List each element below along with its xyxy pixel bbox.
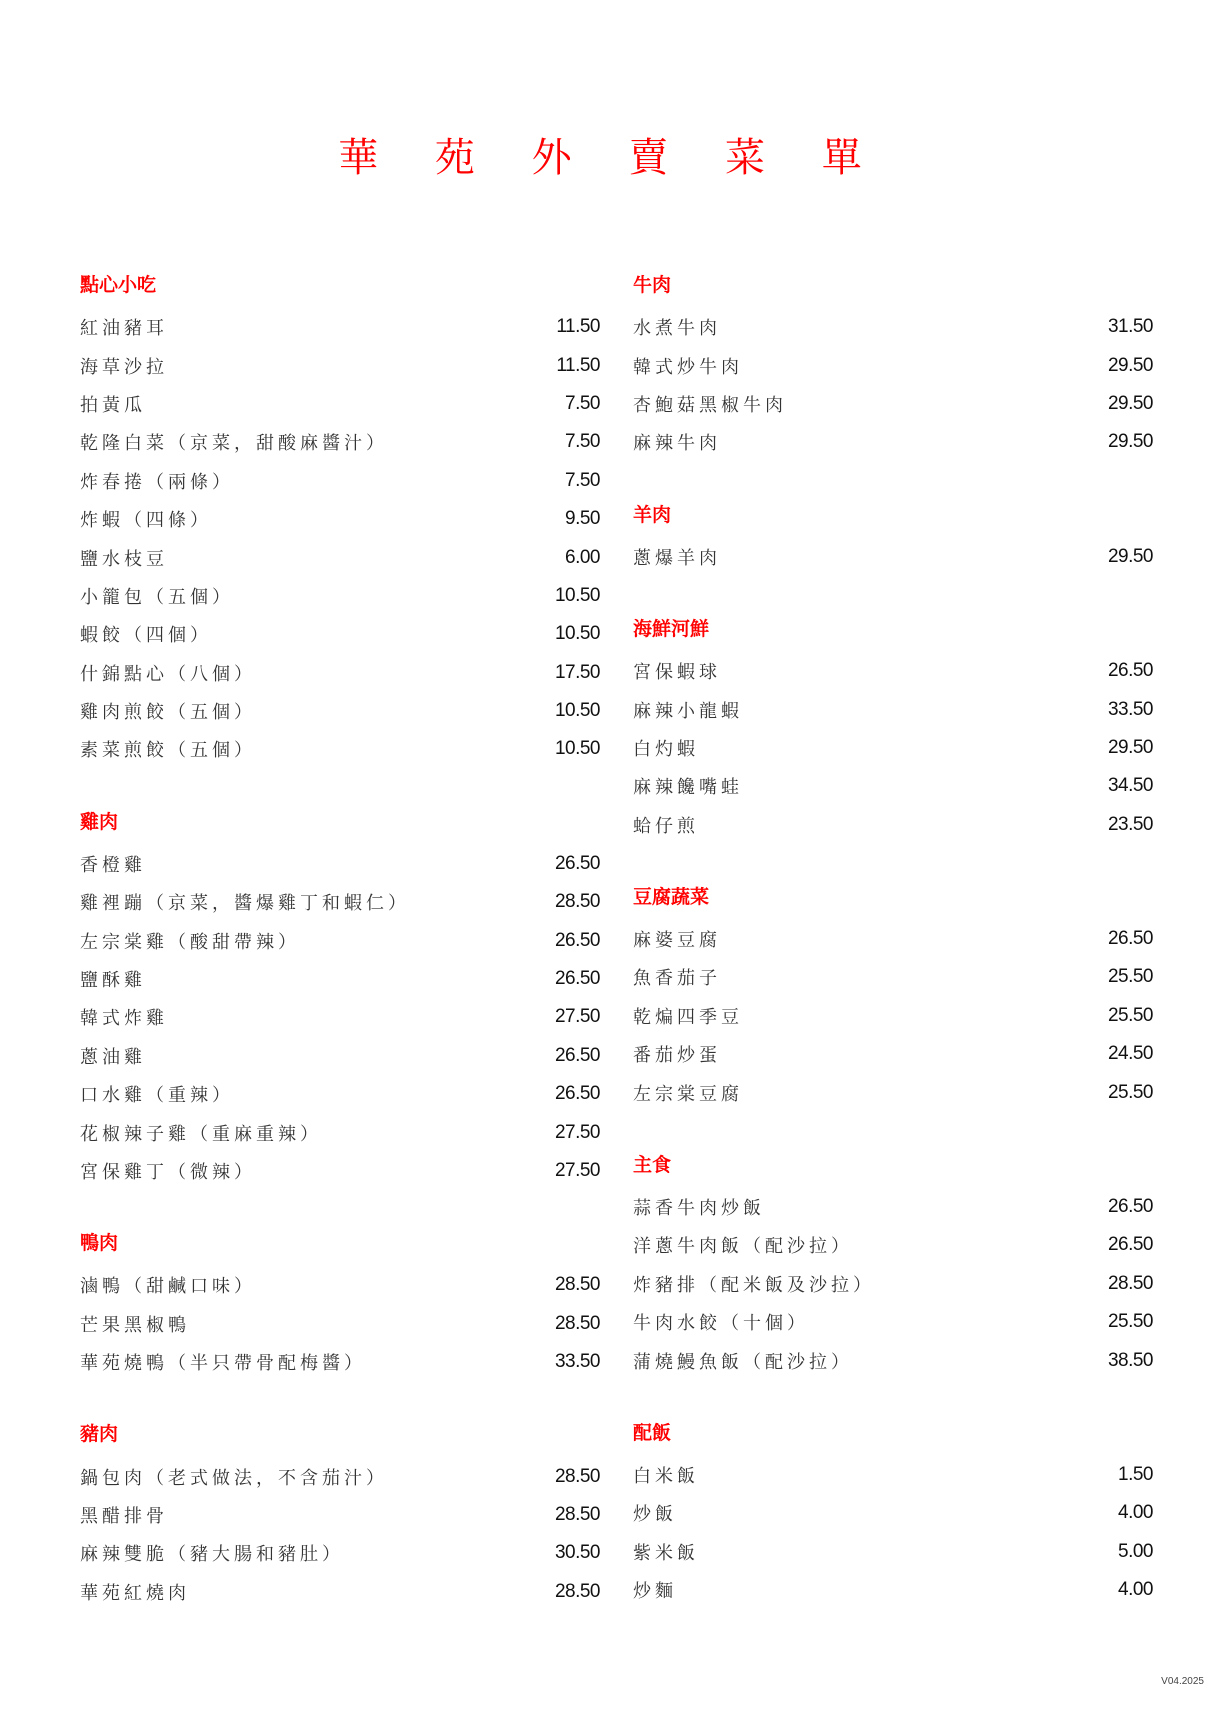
menu-item: 蒲燒鰻魚飯（配沙拉）38.50: [633, 1341, 1153, 1379]
item-price: 11.50: [556, 316, 600, 338]
right-column: 牛肉水煮牛肉31.50韓式炒牛肉29.50杏鮑菇黑椒牛肉29.50麻辣牛肉29.…: [633, 270, 1153, 1647]
item-price: 28.50: [555, 1313, 600, 1335]
item-price: 25.50: [1108, 966, 1153, 988]
item-price: 29.50: [1108, 546, 1153, 568]
item-price: 30.50: [555, 1542, 600, 1564]
item-price: 27.50: [555, 1006, 600, 1028]
item-price: 26.50: [555, 1083, 600, 1105]
menu-item: 炒飯4.00: [633, 1494, 1153, 1532]
menu-item: 花椒辣子雞（重麻重辣）27.50: [80, 1113, 600, 1151]
item-name: 炸春捲（兩條）: [80, 468, 234, 494]
item-name: 麻辣饞嘴蛙: [633, 773, 743, 799]
item-price: 28.50: [555, 1274, 600, 1296]
menu-item: 麻辣小龍蝦33.50: [633, 690, 1153, 728]
menu-item: 雞裡蹦（京菜，醬爆雞丁和蝦仁）28.50: [80, 883, 600, 921]
menu-item: 香橙雞26.50: [80, 845, 600, 883]
item-name: 雞肉煎餃（五個）: [80, 698, 256, 724]
section-heading: 羊肉: [633, 500, 1153, 538]
section-heading: 豬肉: [80, 1419, 600, 1457]
item-name: 蒜香牛肉炒飯: [633, 1194, 765, 1220]
item-name: 洋蔥牛肉飯（配沙拉）: [633, 1232, 853, 1258]
item-name: 華苑紅燒肉: [80, 1579, 190, 1605]
menu-section: 牛肉水煮牛肉31.50韓式炒牛肉29.50杏鮑菇黑椒牛肉29.50麻辣牛肉29.…: [633, 270, 1153, 462]
item-name: 鹽水枝豆: [80, 545, 168, 571]
section-heading: 豆腐蔬菜: [633, 882, 1153, 920]
menu-item: 蔥油雞26.50: [80, 1037, 600, 1075]
menu-section: 鴨肉滷鴨（甜鹹口味）28.50芒果黑椒鴨28.50華苑燒鴨（半只帶骨配梅醬）33…: [80, 1228, 600, 1381]
item-name: 韓式炸雞: [80, 1004, 168, 1030]
item-price: 23.50: [1108, 814, 1153, 836]
menu-item: 左宗棠雞（酸甜帶辣）26.50: [80, 921, 600, 959]
item-name: 乾煸四季豆: [633, 1003, 743, 1029]
menu-section: 點心小吃紅油豬耳11.50海草沙拉11.50拍黃瓜7.50乾隆白菜（京菜，甜酸麻…: [80, 270, 600, 769]
menu-item: 麻辣雙脆（豬大腸和豬肚）30.50: [80, 1534, 600, 1572]
item-price: 28.50: [555, 1581, 600, 1603]
menu-item: 蒜香牛肉炒飯26.50: [633, 1188, 1153, 1226]
menu-item: 紅油豬耳11.50: [80, 308, 600, 346]
item-name: 什錦點心（八個）: [80, 660, 256, 686]
item-price: 28.50: [555, 891, 600, 913]
item-name: 海草沙拉: [80, 353, 168, 379]
menu-item: 白米飯1.50: [633, 1456, 1153, 1494]
item-price: 34.50: [1108, 775, 1153, 797]
menu-section: 主食蒜香牛肉炒飯26.50洋蔥牛肉飯（配沙拉）26.50炸豬排（配米飯及沙拉）2…: [633, 1150, 1153, 1380]
section-heading: 配飯: [633, 1418, 1153, 1456]
menu-item: 鹽酥雞26.50: [80, 960, 600, 998]
menu-item: 小籠包（五個）10.50: [80, 577, 600, 615]
item-price: 17.50: [555, 662, 600, 684]
menu-item: 海草沙拉11.50: [80, 346, 600, 384]
item-price: 7.50: [565, 470, 600, 492]
item-price: 24.50: [1108, 1043, 1153, 1065]
item-name: 左宗棠雞（酸甜帶辣）: [80, 928, 300, 954]
item-price: 26.50: [555, 853, 600, 875]
item-price: 29.50: [1108, 737, 1153, 759]
item-price: 7.50: [565, 393, 600, 415]
item-name: 口水雞（重辣）: [80, 1081, 234, 1107]
left-column: 點心小吃紅油豬耳11.50海草沙拉11.50拍黃瓜7.50乾隆白菜（京菜，甜酸麻…: [80, 270, 600, 1649]
item-name: 左宗棠豆腐: [633, 1080, 743, 1106]
item-name: 雞裡蹦（京菜，醬爆雞丁和蝦仁）: [80, 889, 410, 915]
menu-section: 豬肉鍋包肉（老式做法，不含茄汁）28.50黑醋排骨28.50麻辣雙脆（豬大腸和豬…: [80, 1419, 600, 1611]
menu-item: 水煮牛肉31.50: [633, 308, 1153, 346]
item-name: 麻婆豆腐: [633, 926, 721, 952]
item-price: 7.50: [565, 431, 600, 453]
item-name: 蝦餃（四個）: [80, 621, 212, 647]
item-price: 26.50: [555, 930, 600, 952]
item-price: 25.50: [1108, 1005, 1153, 1027]
item-price: 31.50: [1108, 316, 1153, 338]
item-price: 33.50: [555, 1351, 600, 1373]
item-price: 10.50: [555, 738, 600, 760]
menu-section: 配飯白米飯1.50炒飯4.00紫米飯5.00炒麵4.00: [633, 1418, 1153, 1610]
item-name: 黑醋排骨: [80, 1502, 168, 1528]
item-price: 26.50: [1108, 660, 1153, 682]
item-price: 33.50: [1108, 699, 1153, 721]
item-price: 28.50: [1108, 1273, 1153, 1295]
item-price: 29.50: [1108, 393, 1153, 415]
item-price: 1.50: [1118, 1464, 1153, 1486]
item-name: 小籠包（五個）: [80, 583, 234, 609]
item-name: 華苑燒鴨（半只帶骨配梅醬）: [80, 1349, 366, 1375]
item-name: 炒飯: [633, 1500, 677, 1526]
item-name: 鍋包肉（老式做法，不含茄汁）: [80, 1464, 388, 1490]
menu-item: 麻辣牛肉29.50: [633, 423, 1153, 461]
menu-item: 韓式炒牛肉29.50: [633, 346, 1153, 384]
menu-title: 華 苑 外 賣 菜 單: [0, 126, 1222, 183]
item-price: 29.50: [1108, 431, 1153, 453]
menu-item: 番茄炒蛋24.50: [633, 1035, 1153, 1073]
version-label: V04.2025: [1161, 1676, 1204, 1687]
item-price: 27.50: [555, 1122, 600, 1144]
item-name: 炸蝦（四條）: [80, 506, 212, 532]
menu-item: 白灼蝦29.50: [633, 729, 1153, 767]
menu-item: 雞肉煎餃（五個）10.50: [80, 692, 600, 730]
menu-section: 雞肉香橙雞26.50雞裡蹦（京菜，醬爆雞丁和蝦仁）28.50左宗棠雞（酸甜帶辣）…: [80, 807, 600, 1191]
menu-item: 韓式炸雞27.50: [80, 998, 600, 1036]
item-price: 26.50: [1108, 1196, 1153, 1218]
menu-item: 口水雞（重辣）26.50: [80, 1075, 600, 1113]
menu-item: 蛤仔煎23.50: [633, 806, 1153, 844]
item-price: 10.50: [555, 623, 600, 645]
item-name: 牛肉水餃（十個）: [633, 1309, 809, 1335]
menu-item: 芒果黑椒鴨28.50: [80, 1305, 600, 1343]
item-name: 鹽酥雞: [80, 966, 146, 992]
item-price: 26.50: [555, 1045, 600, 1067]
item-price: 10.50: [555, 700, 600, 722]
menu-item: 乾隆白菜（京菜，甜酸麻醬汁）7.50: [80, 423, 600, 461]
menu-item: 左宗棠豆腐25.50: [633, 1073, 1153, 1111]
item-name: 紫米飯: [633, 1539, 699, 1565]
item-name: 宮保雞丁（微辣）: [80, 1158, 256, 1184]
menu-section: 海鮮河鮮宮保蝦球26.50麻辣小龍蝦33.50白灼蝦29.50麻辣饞嘴蛙34.5…: [633, 614, 1153, 844]
item-price: 11.50: [556, 355, 600, 377]
item-name: 杏鮑菇黑椒牛肉: [633, 391, 787, 417]
menu-item: 什錦點心（八個）17.50: [80, 654, 600, 692]
menu-item: 宮保雞丁（微辣）27.50: [80, 1152, 600, 1190]
menu-item: 炸豬排（配米飯及沙拉）28.50: [633, 1265, 1153, 1303]
menu-item: 杏鮑菇黑椒牛肉29.50: [633, 385, 1153, 423]
item-price: 27.50: [555, 1160, 600, 1182]
section-heading: 海鮮河鮮: [633, 614, 1153, 652]
section-heading: 牛肉: [633, 270, 1153, 308]
menu-item: 拍黃瓜7.50: [80, 385, 600, 423]
item-price: 10.50: [555, 585, 600, 607]
item-name: 滷鴨（甜鹹口味）: [80, 1272, 256, 1298]
item-price: 26.50: [555, 968, 600, 990]
item-name: 韓式炒牛肉: [633, 353, 743, 379]
menu-item: 麻婆豆腐26.50: [633, 920, 1153, 958]
item-name: 乾隆白菜（京菜，甜酸麻醬汁）: [80, 429, 388, 455]
item-name: 蔥爆羊肉: [633, 544, 721, 570]
menu-item: 牛肉水餃（十個）25.50: [633, 1303, 1153, 1341]
item-price: 9.50: [565, 508, 600, 530]
item-name: 麻辣牛肉: [633, 429, 721, 455]
menu-item: 黑醋排骨28.50: [80, 1496, 600, 1534]
item-name: 蒲燒鰻魚飯（配沙拉）: [633, 1348, 853, 1374]
menu-item: 炒麵4.00: [633, 1571, 1153, 1609]
item-name: 紅油豬耳: [80, 314, 168, 340]
item-name: 花椒辣子雞（重麻重辣）: [80, 1120, 322, 1146]
item-name: 蔥油雞: [80, 1043, 146, 1069]
item-price: 28.50: [555, 1466, 600, 1488]
menu-item: 炸春捲（兩條）7.50: [80, 462, 600, 500]
item-price: 38.50: [1108, 1350, 1153, 1372]
item-price: 4.00: [1118, 1579, 1153, 1601]
item-price: 28.50: [555, 1504, 600, 1526]
menu-item: 滷鴨（甜鹹口味）28.50: [80, 1266, 600, 1304]
item-name: 拍黃瓜: [80, 391, 146, 417]
section-heading: 點心小吃: [80, 270, 600, 308]
item-price: 29.50: [1108, 355, 1153, 377]
item-name: 番茄炒蛋: [633, 1041, 721, 1067]
item-price: 26.50: [1108, 928, 1153, 950]
menu-item: 乾煸四季豆25.50: [633, 997, 1153, 1035]
item-name: 香橙雞: [80, 851, 146, 877]
menu-item: 華苑紅燒肉28.50: [80, 1573, 600, 1611]
item-price: 5.00: [1118, 1541, 1153, 1563]
menu-item: 蝦餃（四個）10.50: [80, 615, 600, 653]
item-price: 25.50: [1108, 1082, 1153, 1104]
item-name: 炸豬排（配米飯及沙拉）: [633, 1271, 875, 1297]
item-price: 4.00: [1118, 1502, 1153, 1524]
item-price: 26.50: [1108, 1234, 1153, 1256]
menu-item: 鍋包肉（老式做法，不含茄汁）28.50: [80, 1457, 600, 1495]
menu-item: 洋蔥牛肉飯（配沙拉）26.50: [633, 1226, 1153, 1264]
menu-section: 羊肉蔥爆羊肉29.50: [633, 500, 1153, 576]
menu-item: 宮保蝦球26.50: [633, 652, 1153, 690]
item-name: 蛤仔煎: [633, 812, 699, 838]
item-name: 素菜煎餃（五個）: [80, 736, 256, 762]
section-heading: 鴨肉: [80, 1228, 600, 1266]
menu-item: 炸蝦（四條）9.50: [80, 500, 600, 538]
item-name: 芒果黑椒鴨: [80, 1311, 190, 1337]
section-heading: 雞肉: [80, 807, 600, 845]
menu-item: 蔥爆羊肉29.50: [633, 538, 1153, 576]
item-name: 白米飯: [633, 1462, 699, 1488]
section-heading: 主食: [633, 1150, 1153, 1188]
item-name: 麻辣雙脆（豬大腸和豬肚）: [80, 1540, 344, 1566]
item-name: 白灼蝦: [633, 735, 699, 761]
item-name: 麻辣小龍蝦: [633, 697, 743, 723]
menu-item: 鹽水枝豆6.00: [80, 538, 600, 576]
item-price: 25.50: [1108, 1311, 1153, 1333]
menu-item: 素菜煎餃（五個）10.50: [80, 730, 600, 768]
menu-item: 麻辣饞嘴蛙34.50: [633, 767, 1153, 805]
item-name: 魚香茄子: [633, 964, 721, 990]
item-name: 宮保蝦球: [633, 658, 721, 684]
menu-section: 豆腐蔬菜麻婆豆腐26.50魚香茄子25.50乾煸四季豆25.50番茄炒蛋24.5…: [633, 882, 1153, 1112]
menu-item: 紫米飯5.00: [633, 1533, 1153, 1571]
item-name: 水煮牛肉: [633, 314, 721, 340]
item-name: 炒麵: [633, 1577, 677, 1603]
menu-item: 華苑燒鴨（半只帶骨配梅醬）33.50: [80, 1343, 600, 1381]
menu-item: 魚香茄子25.50: [633, 958, 1153, 996]
item-price: 6.00: [565, 547, 600, 569]
